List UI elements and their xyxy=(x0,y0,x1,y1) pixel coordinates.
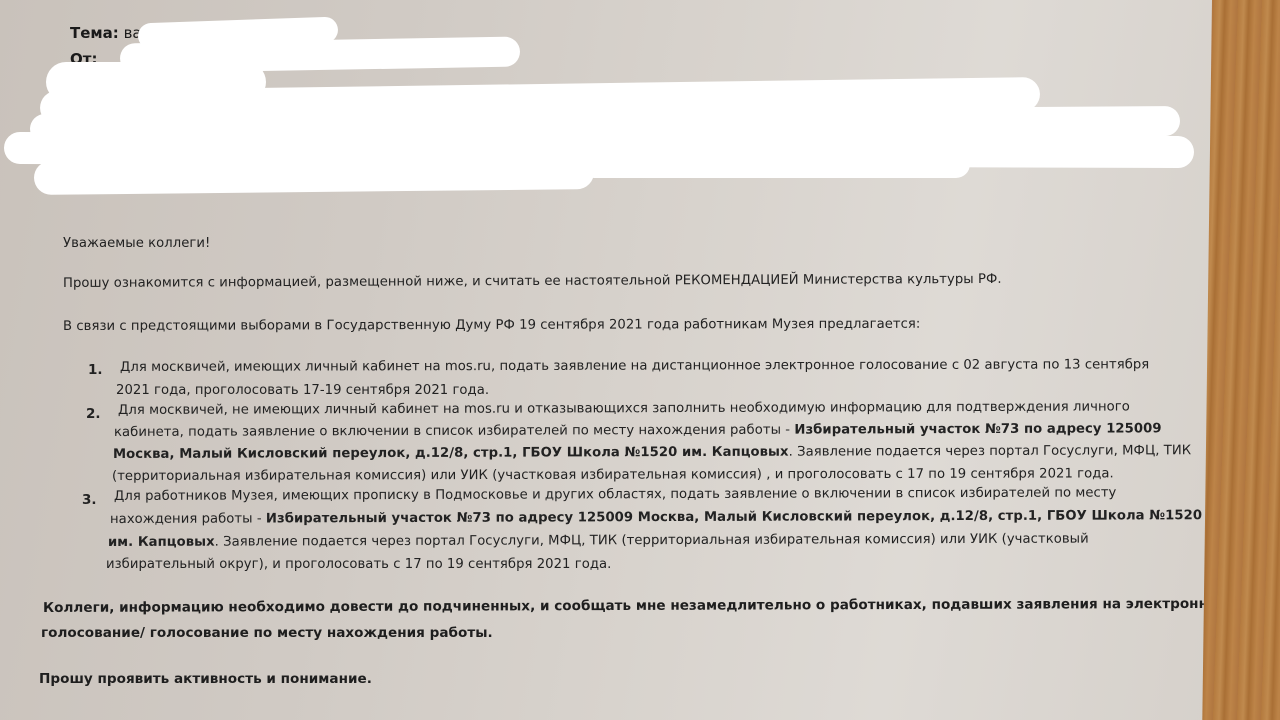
list-item-2-line-3: Москва, Малый Кисловский переулок, д.12/… xyxy=(113,443,1191,462)
recommendation-emphasis: РЕКОМЕНДАЦИЕЙ xyxy=(675,273,799,289)
list-item-3-line-1: Для работников Музея, имеющих прописку в… xyxy=(114,486,1116,504)
sign-off: Прошу проявить активность и понимание. xyxy=(39,671,372,687)
list-item-2-line-2: кабинета, подать заявление о включении в… xyxy=(114,421,1162,440)
greeting: Уважаемые коллеги! xyxy=(63,236,210,251)
redaction-mark xyxy=(580,150,970,178)
printed-letter-page: Тема: важ От: на М museum.ru Кому: asvev… xyxy=(0,0,1212,720)
redaction-mark xyxy=(34,155,594,195)
list-item-1-line-1: Для москвичей, имеющих личный кабинет на… xyxy=(120,357,1149,375)
context-paragraph: В связи с предстоящими выборами в Госуда… xyxy=(63,317,920,334)
list-item-2-line-1: Для москвичей, не имеющих личный кабинет… xyxy=(118,399,1130,418)
list-number: 1. xyxy=(88,362,103,378)
list-item-3-line-4: избирательный округ), и проголосовать с … xyxy=(106,557,611,572)
polling-station-emphasis: Избирательный участок №73 по адресу 1250… xyxy=(266,508,1202,526)
subject-label: Тема: xyxy=(70,24,119,42)
polling-station-emphasis: Избирательный участок №73 по адресу 1250… xyxy=(794,421,1161,437)
list-number: 2. xyxy=(86,406,101,422)
polling-address-emphasis: Москва, Малый Кисловский переулок, д.12/… xyxy=(113,445,789,462)
intro-paragraph: Прошу ознакомится с информацией, размеще… xyxy=(63,272,1002,291)
school-name-emphasis: им. Капцовых xyxy=(108,535,215,550)
closing-paragraph-line-1: Коллеги, информацию необходимо довести д… xyxy=(43,596,1227,616)
list-item-3-line-3: им. Капцовых. Заявление подается через п… xyxy=(108,532,1089,550)
list-item-2-line-4: (территориальная избирательная комиссия)… xyxy=(112,466,1114,484)
list-number: 3. xyxy=(82,492,97,508)
closing-paragraph-line-2: голосование/ голосование по месту нахожд… xyxy=(41,625,493,641)
list-item-1-line-2: 2021 года, проголосовать 17-19 сентября … xyxy=(116,383,489,398)
list-item-3-line-2: нахождения работы - Избирательный участо… xyxy=(110,508,1202,527)
